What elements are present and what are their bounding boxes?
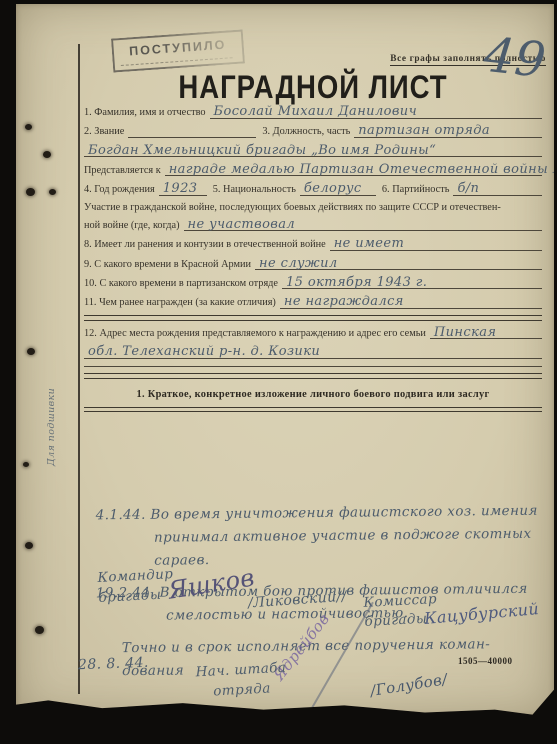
- section-header: 1. Краткое, конкретное изложение личного…: [84, 385, 542, 404]
- punch-hole: [35, 626, 44, 634]
- previous-awards-label: 11. Чем ранее награжден (за какие отличи…: [84, 297, 276, 309]
- field-row-rank-position: 2. Звание 3. Должность, часть партизан о…: [84, 125, 542, 138]
- civilwar-label-line2: ной войне (где, когда): [84, 220, 180, 232]
- field-row-empty: [84, 366, 542, 367]
- name-value: Босолай Михаил Данилович: [214, 107, 418, 117]
- paper-sheet: Для подшивки ПОСТУПИЛО Все графы заполня…: [16, 4, 554, 716]
- margin-vertical-note: Для подшивки: [46, 236, 57, 466]
- signature-date: 28. 8. 44.: [78, 655, 149, 673]
- section-rule-bottom: [84, 407, 542, 413]
- field-row-address-cont: обл. Телеханский р-н. д. Козики: [84, 346, 542, 359]
- document-title: НАГРАДНОЙ ЛИСТ: [95, 70, 530, 107]
- field-row-redarmy: 9. С какого времени в Красной Армии не с…: [84, 258, 542, 271]
- position-label: 3. Должность, часть: [262, 126, 350, 138]
- field-row-birth-nationality-party: 4. Год рождения 1923 5. Национальность б…: [84, 183, 542, 196]
- merit-paragraph-1: 4.1.44. Во время уничтожения фашистского…: [96, 500, 539, 574]
- birth-year-value: 1923: [163, 184, 198, 194]
- partisan-since-value: 15 октября 1943 г.: [286, 278, 427, 288]
- address-label: 12. Адрес места рождения представляемого…: [84, 328, 426, 340]
- position-value: партизан отряда: [358, 126, 490, 136]
- punch-hole: [26, 188, 35, 196]
- received-stamp: ПОСТУПИЛО: [111, 29, 245, 72]
- partisan-since-label: 10. С какого времени в партизанском отря…: [84, 278, 278, 290]
- civilwar-value: не участвовал: [188, 220, 296, 230]
- form-fields: 1. Фамилия, имя и отчество Босолай Михаи…: [84, 106, 542, 418]
- address-value-cont: обл. Телеханский р-н. д. Козики: [88, 347, 320, 357]
- birth-year-label: 4. Год рождения: [84, 184, 155, 196]
- binding-rule-line: [78, 44, 80, 694]
- separator-rule: [84, 315, 542, 321]
- party-value: б/п: [457, 184, 479, 194]
- field-row-presented: Представляется к награде медалью Партиза…: [84, 164, 542, 177]
- name-label: 1. Фамилия, имя и отчество: [84, 107, 206, 119]
- rank-label: 2. Звание: [84, 126, 124, 138]
- scanned-document: Для подшивки ПОСТУПИЛО Все графы заполня…: [0, 0, 557, 744]
- field-row-wounds: 8. Имеет ли ранения и контузии в отечест…: [84, 238, 542, 251]
- punch-hole: [25, 542, 33, 549]
- field-row-civilwar-line2: ной войне (где, когда) не участвовал: [84, 219, 542, 232]
- previous-awards-value: не награждался: [284, 297, 404, 307]
- field-row-address: 12. Адрес места рождения представляемого…: [84, 327, 542, 340]
- field-row-partisan-since: 10. С какого времени в партизанском отря…: [84, 277, 542, 290]
- party-label: 6. Партийность: [382, 184, 450, 196]
- civilwar-label-line1: Участие в гражданской войне, последующих…: [84, 202, 501, 214]
- position-value-cont: Богдан Хмельницкий бригады „Во имя Родин…: [88, 146, 436, 156]
- print-run-code: 1505—40000: [458, 656, 513, 666]
- presented-label: Представляется к: [84, 165, 161, 177]
- presented-value: награде медалью Партизан Отечественной в…: [169, 165, 557, 175]
- rank-value-empty: [128, 137, 256, 138]
- punch-hole: [27, 348, 35, 355]
- redarmy-label: 9. С какого времени в Красной Армии: [84, 259, 251, 271]
- punch-hole: [23, 462, 29, 467]
- redarmy-value: не служил: [259, 259, 338, 269]
- wounds-value: не имеет: [334, 239, 404, 249]
- wounds-label: 8. Имеет ли ранения и контузии в отечест…: [84, 239, 326, 251]
- nationality-label: 5. Национальность: [213, 184, 296, 196]
- field-row-civilwar-line1: Участие в гражданской войне, последующих…: [84, 202, 542, 214]
- merit-p1-line2: принимал активное участие в поджоге скот…: [154, 523, 538, 550]
- field-row-position-cont: Богдан Хмельницкий бригады „Во имя Родин…: [84, 145, 542, 158]
- commander-role: Командир бригады: [97, 564, 175, 608]
- address-value: Пинская: [434, 328, 496, 338]
- field-row-name: 1. Фамилия, имя и отчество Босолай Михаи…: [84, 106, 542, 119]
- punch-hole: [25, 124, 32, 130]
- section-rule-top: [84, 373, 542, 379]
- nationality-value: белорус: [304, 184, 362, 194]
- chief-of-staff-role: Нач. штаба отряда: [193, 658, 290, 703]
- punch-hole: [49, 189, 56, 195]
- field-row-previous-awards: 11. Чем ранее награжден (за какие отличи…: [84, 296, 542, 309]
- punch-hole: [43, 151, 51, 158]
